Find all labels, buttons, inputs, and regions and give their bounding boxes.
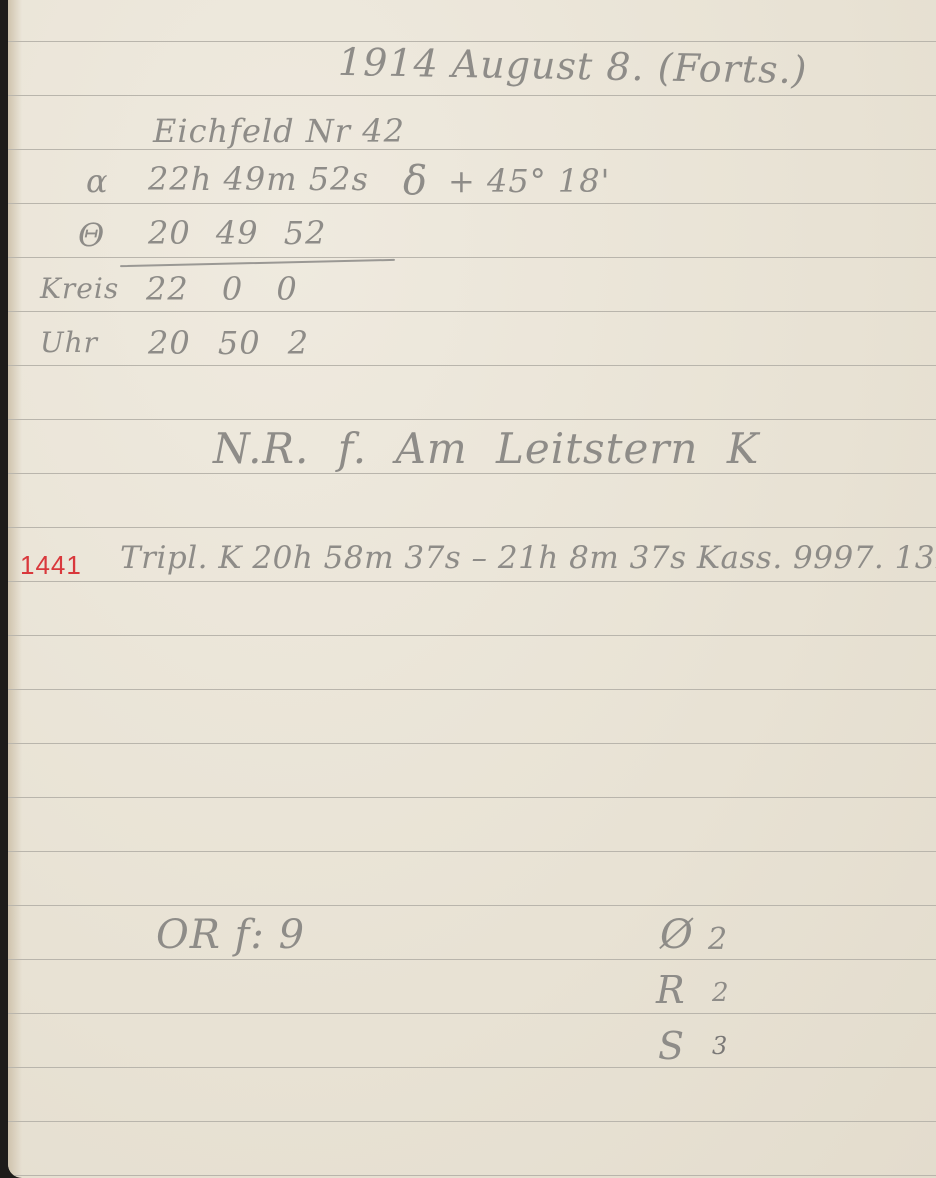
ruled-line <box>8 365 936 366</box>
notebook-page: 1914 August 8. (Forts.) Eichfeld Nr 42 α… <box>8 0 936 1178</box>
uhr-value: 20 50 2 <box>148 324 309 362</box>
footer-note: OR f: 9 <box>156 912 305 958</box>
plate-number: 1441 <box>20 550 82 581</box>
ruled-line <box>8 1013 936 1014</box>
theta-label: Θ <box>78 216 105 254</box>
ruled-line <box>8 419 936 420</box>
guide-star-note: N.R. f. Am Leitstern K <box>213 424 759 473</box>
theta-value: 20 49 52 <box>148 214 327 252</box>
grade-symbol: R <box>656 968 686 1012</box>
ruled-line <box>8 635 936 636</box>
ruled-line <box>8 95 936 96</box>
ruled-line <box>8 1121 936 1122</box>
ruled-line <box>8 689 936 690</box>
delta-label: δ <box>403 158 428 204</box>
ruled-line <box>8 149 936 150</box>
ruled-line <box>8 257 936 258</box>
ruled-line <box>8 1067 936 1068</box>
ruled-line <box>8 959 936 960</box>
header-date: 1914 August 8. (Forts.) <box>338 40 808 92</box>
ruled-line <box>8 203 936 204</box>
ruled-line <box>8 1175 936 1176</box>
kreis-value: 22 0 0 <box>146 270 298 308</box>
alpha-label: α <box>86 162 109 200</box>
grade-symbol: S <box>658 1024 685 1068</box>
ruled-line <box>8 743 936 744</box>
alpha-value: 22h 49m 52s <box>148 160 369 198</box>
sum-underline <box>120 259 395 267</box>
ruled-line <box>8 311 936 312</box>
grade-value: 3 <box>712 1032 728 1060</box>
ruled-line <box>8 797 936 798</box>
grade-value: 2 <box>712 978 730 1008</box>
ruled-line <box>8 527 936 528</box>
plate-entry: Tripl. K 20h 58m 37s – 21h 8m 37s Kass. … <box>120 540 936 576</box>
grade-symbol: Ø <box>660 912 694 958</box>
ruled-line <box>8 905 936 906</box>
uhr-label: Uhr <box>40 326 98 359</box>
delta-value: + 45° 18' <box>448 162 610 200</box>
field-title: Eichfeld Nr 42 <box>153 112 405 150</box>
ruled-line <box>8 473 936 474</box>
ruled-line <box>8 581 936 582</box>
ruled-line <box>8 851 936 852</box>
grade-value: 2 <box>708 922 728 957</box>
kreis-label: Kreis <box>40 272 119 305</box>
